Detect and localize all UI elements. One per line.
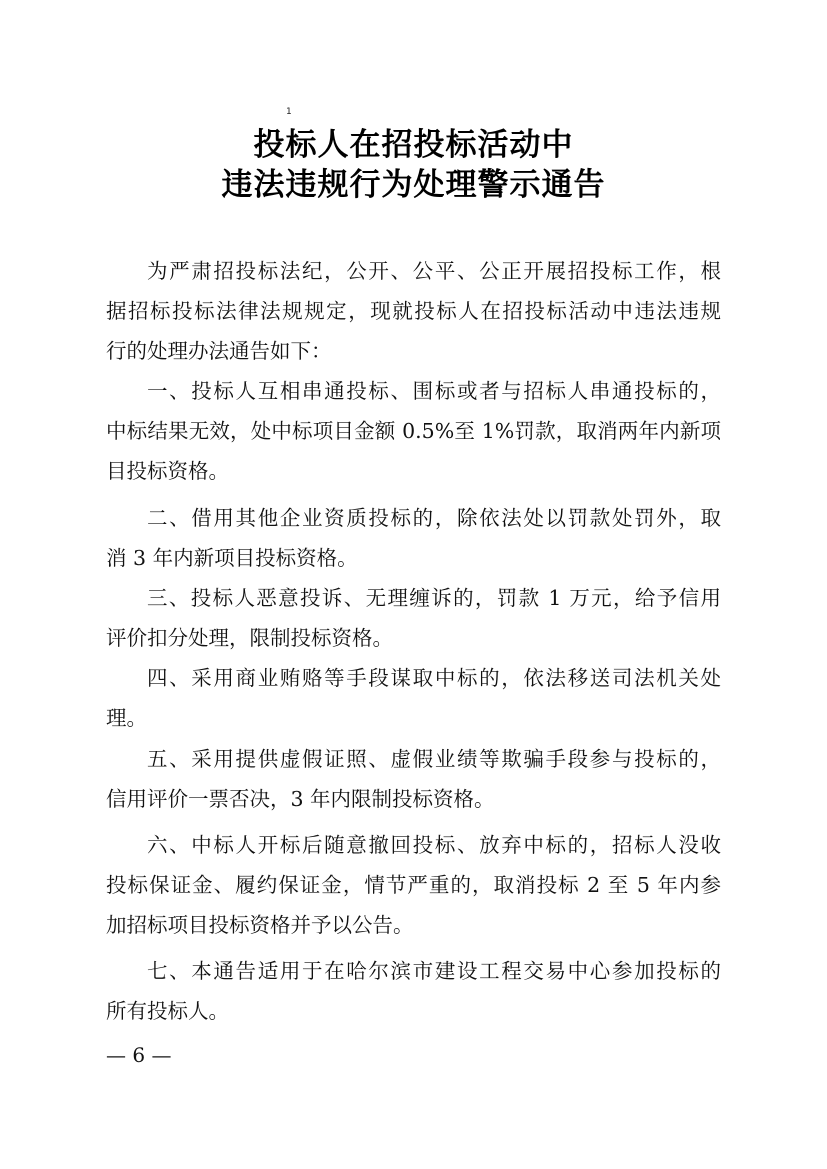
item-6-line-1: 六、中标人开标后随意撤回投标、放弃中标的，招标人没收 [147,832,721,858]
item-7-line-1: 七、本通告适用于在哈尔滨市建设工程交易中心参加投标的 [147,958,721,984]
intro-line-3: 行的处理办法通告如下： [106,338,721,364]
item-6-line-2: 投标保证金、履约保证金，情节严重的，取消投标 2 至 5 年内参 [106,872,721,898]
item-4-line-1: 四、采用商业贿赂等手段谋取中标的，依法移送司法机关处 [147,665,721,691]
item-4-line-2: 理。 [106,705,721,731]
item-2-line-2: 消 3 年内新项目投标资格。 [106,545,721,571]
page-number: — 6 — [106,1043,171,1067]
item-5-line-1: 五、采用提供虚假证照、虚假业绩等欺骗手段参与投标的， [147,746,721,772]
title-line-1: 投标人在招投标活动中 [0,127,827,163]
item-1-line-2: 中标结果无效，处中标项目金额 0.5%至 1%罚款，取消两年内新项 [106,418,721,444]
scan-marker: 1 [286,107,292,117]
item-1-line-1: 一、投标人互相串通投标、围标或者与招标人串通投标的， [147,378,721,404]
intro-line-1: 为严肃招投标法纪，公开、公平、公正开展招投标工作，根 [147,258,721,284]
item-6-line-3: 加招标项目投标资格并予以公告。 [106,912,721,938]
item-5-line-2: 信用评价一票否决，3 年内限制投标资格。 [106,786,721,812]
document-page: 1 投标人在招投标活动中 违法违规行为处理警示通告 为严肃招投标法纪，公开、公平… [0,0,827,1169]
item-3-line-1: 三、投标人恶意投诉、无理缠诉的，罚款 1 万元，给予信用 [147,585,721,611]
item-2-line-1: 二、借用其他企业资质投标的，除依法处以罚款处罚外，取 [147,505,721,531]
item-1-line-3: 目投标资格。 [106,458,721,484]
item-3-line-2: 评价扣分处理，限制投标资格。 [106,625,721,651]
intro-line-2: 据招标投标法律法规规定，现就投标人在招投标活动中违法违规 [106,298,721,324]
item-7-line-2: 所有投标人。 [106,998,721,1024]
title-line-2: 违法违规行为处理警示通告 [0,167,827,203]
